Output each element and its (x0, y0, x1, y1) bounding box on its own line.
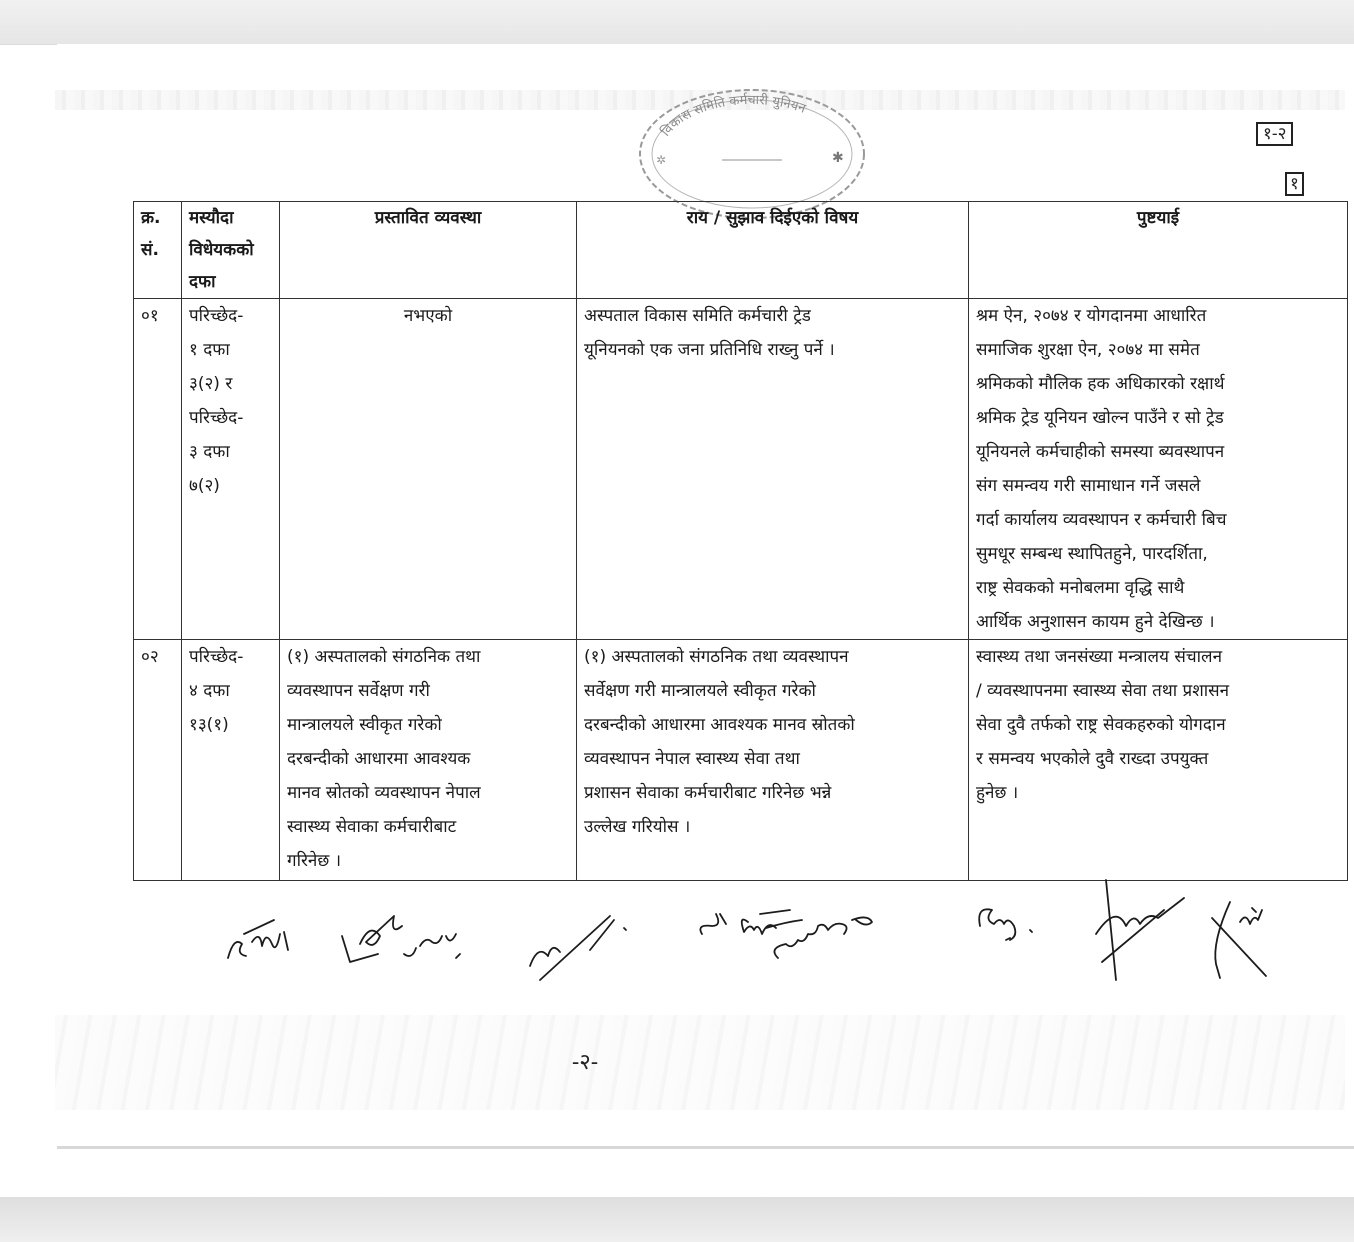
signature-2 (342, 916, 402, 962)
cell-line: परिच्छेद- (189, 401, 272, 435)
signature-7 (1096, 880, 1184, 980)
row-serial-number: ०१ (134, 299, 182, 640)
cell-line: (१) अस्पतालको संगठनिक तथा (287, 640, 569, 674)
cell-line: ४ दफा (189, 674, 272, 708)
page-bottom-edge (57, 1146, 1354, 1149)
cell-line: र समन्वय भएकोले दुवै राख्दा उपयुक्त (976, 742, 1340, 776)
row-proposed-provision: नभएको (280, 299, 577, 640)
signature-8 (1212, 902, 1266, 978)
viewer-bottom-bar (0, 1197, 1354, 1242)
row-justification: श्रम ऐन, २०७४ र योगदानमा आधारितसमाजिक शु… (969, 299, 1348, 640)
table-row: ०१ परिच्छेद-१ दफा३(२) रपरिच्छेद-३ दफा७(२… (134, 299, 1348, 640)
cell-line: (१) अस्पतालको संगठनिक तथा व्यवस्थापन (584, 640, 961, 674)
cell-line: श्रमिकको मौलिक हक अधिकारको रक्षार्थ (976, 367, 1340, 401)
cell-line: सुमधूर सम्बन्ध स्थापितहुने, पारदर्शिता, (976, 537, 1340, 571)
scan-artifact-top (55, 90, 1345, 110)
cell-line: / व्यवस्थापनमा स्वास्थ्य सेवा तथा प्रशास… (976, 674, 1340, 708)
cell-line: श्रम ऐन, २०७४ र योगदानमा आधारित (976, 299, 1340, 333)
header-draft-clause: मस्यौदा विधेयकको दफा (182, 202, 280, 299)
cell-line: संग समन्वय गरी सामाधान गर्ने जसले (976, 469, 1340, 503)
cell-line: परिच्छेद- (189, 640, 272, 674)
cell-line: उल्लेख गरियोस । (584, 810, 961, 844)
cell-line: स्वास्थ्य सेवाका कर्मचारीबाट (287, 810, 569, 844)
page-reference-range: १-२ (1256, 122, 1293, 146)
signature-1 (228, 920, 288, 958)
cell-line: परिच्छेद- (189, 299, 272, 333)
header-suggestion: राय / सुझाव दिईएको विषय (577, 202, 969, 299)
header-proposed-provision: प्रस्तावित व्यवस्था (280, 202, 577, 299)
cell-line: नभएको (287, 299, 569, 333)
row-suggestion: (१) अस्पतालको संगठनिक तथा व्यवस्थापनसर्व… (577, 640, 969, 881)
cell-line: स्वास्थ्य तथा जनसंख्या मन्त्रालय संचालन (976, 640, 1340, 674)
row-proposed-provision: (१) अस्पतालको संगठनिक तथाव्यवस्थापन सर्व… (280, 640, 577, 881)
cell-line: अस्पताल विकास समिति कर्मचारी ट्रेड (584, 299, 961, 333)
cell-line: १ दफा (189, 333, 272, 367)
row-suggestion: अस्पताल विकास समिति कर्मचारी ट्रेडयूनियन… (577, 299, 969, 640)
signature-6 (979, 909, 1032, 940)
cell-line: यूनियनले कर्मचाहीको समस्या ब्यवस्थापन (976, 435, 1340, 469)
cell-line: यूनियनको एक जना प्रतिनिधि राख्नु पर्ने । (584, 333, 961, 367)
page-reference-number: १ (1285, 172, 1304, 196)
row-clause: परिच्छेद-१ दफा३(२) रपरिच्छेद-३ दफा७(२) (182, 299, 280, 640)
cell-line: व्यवस्थापन सर्वेक्षण गरी (287, 674, 569, 708)
signature-block (200, 870, 1300, 990)
cell-line: मान्त्रालयले स्वीकृत गरेको (287, 708, 569, 742)
cell-line: श्रमिक ट्रेड यूनियन खोल्न पाउँने र सो ट्… (976, 401, 1340, 435)
signature-5 (700, 910, 872, 958)
cell-line: ७(२) (189, 469, 272, 503)
cell-line: मानव स्रोतको व्यवस्थापन नेपाल (287, 776, 569, 810)
cell-line: गर्दा कार्यालय व्यवस्थापन र कर्मचारी बिच (976, 503, 1340, 537)
cell-line: समाजिक शुरक्षा ऐन, २०७४ मा समेत (976, 333, 1340, 367)
cell-line: ३ दफा (189, 435, 272, 469)
row-clause: परिच्छेद-४ दफा१३(१) (182, 640, 280, 881)
cell-line: हुनेछ । (976, 776, 1340, 810)
scan-artifact-bottom (55, 1015, 1345, 1110)
cell-line: दरबन्दीको आधारमा आवश्यक (287, 742, 569, 776)
header-serial-number: क्र. सं. (134, 202, 182, 299)
cell-line: १३(१) (189, 708, 272, 742)
cell-line: दरबन्दीको आधारमा आवश्यक मानव स्रोतको (584, 708, 961, 742)
cell-line: सर्वेक्षण गरी मान्त्रालयले स्वीकृत गरेको (584, 674, 961, 708)
cell-line: आर्थिक अनुशासन कायम हुने देखिन्छ । (976, 605, 1340, 639)
table-header-row: क्र. सं. मस्यौदा विधेयकको दफा प्रस्तावित… (134, 202, 1348, 299)
cell-line: व्यवस्थापन नेपाल स्वास्थ्य सेवा तथा (584, 742, 961, 776)
cell-line: प्रशासन सेवाका कर्मचारीबाट गरिनेछ भन्ने (584, 776, 961, 810)
row-serial-number: ०२ (134, 640, 182, 881)
cell-line: ३(२) र (189, 367, 272, 401)
table-row: ०२ परिच्छेद-४ दफा१३(१) (१) अस्पतालको संग… (134, 640, 1348, 881)
signature-3 (404, 934, 460, 958)
comment-table: क्र. सं. मस्यौदा विधेयकको दफा प्रस्तावित… (133, 201, 1348, 881)
header-justification: पुष्टयाई (969, 202, 1348, 299)
signature-4 (530, 916, 626, 980)
page-number: -२- (540, 1046, 630, 1076)
viewer-top-bar (0, 0, 1354, 45)
row-justification: स्वास्थ्य तथा जनसंख्या मन्त्रालय संचालन/… (969, 640, 1348, 881)
cell-line: राष्ट्र सेवकको मनोबलमा वृद्धि साथै (976, 571, 1340, 605)
cell-line: सेवा दुवै तर्फको राष्ट्र सेवकहरुको योगदा… (976, 708, 1340, 742)
